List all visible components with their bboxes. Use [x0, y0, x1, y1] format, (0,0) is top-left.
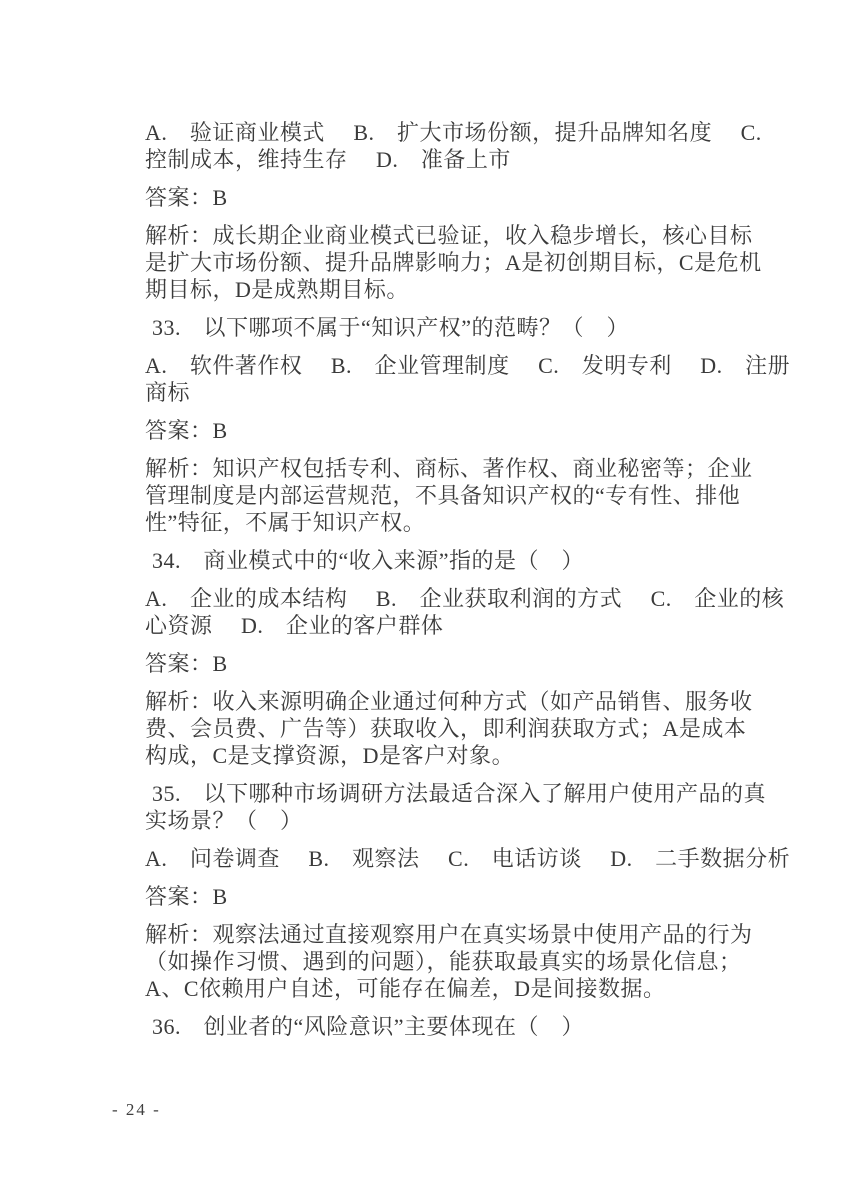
question-35-answer: 答案：B	[145, 883, 751, 910]
text-line: 是扩大市场份额、提升品牌影响力；A是初创期目标，C是危机	[145, 249, 751, 276]
text-line: （如操作习惯、遇到的问题），能获取最真实的场景化信息；	[145, 948, 751, 975]
question-title-line: 35. 以下哪种市场调研方法最适合深入了解用户使用产品的真	[145, 780, 751, 807]
question-35-title: 35. 以下哪种市场调研方法最适合深入了解用户使用产品的真 实场景？（ ）	[145, 780, 751, 834]
question-32-options: A. 验证商业模式 B. 扩大市场份额，提升品牌知名度 C. 控制成本，维持生存…	[145, 119, 751, 173]
text-line: 商标	[145, 379, 751, 406]
question-35-block: 35. 以下哪种市场调研方法最适合深入了解用户使用产品的真 实场景？（ ） A.…	[145, 780, 751, 1002]
text-line: A. 企业的成本结构 B. 企业获取利润的方式 C. 企业的核	[145, 585, 751, 612]
question-title-line: 实场景？（ ）	[145, 807, 751, 834]
question-35-options: A. 问卷调查 B. 观察法 C. 电话访谈 D. 二手数据分析	[145, 845, 751, 872]
question-33-analysis: 解析：知识产权包括专利、商标、著作权、商业秘密等；企业 管理制度是内部运营规范，…	[145, 455, 751, 536]
page-number: - 24 -	[112, 1100, 161, 1120]
question-title-line: 33. 以下哪项不属于“知识产权”的范畴？（ ）	[145, 314, 751, 341]
question-33-options: A. 软件著作权 B. 企业管理制度 C. 发明专利 D. 注册 商标	[145, 352, 751, 406]
question-36-title: 36. 创业者的“风险意识”主要体现在（ ）	[145, 1013, 751, 1040]
scanned-document-page: A. 验证商业模式 B. 扩大市场份额，提升品牌知名度 C. 控制成本，维持生存…	[0, 0, 848, 1200]
text-line: 费、会员费、广告等）获取收入，即利润获取方式；A是成本	[145, 715, 751, 742]
question-34-options: A. 企业的成本结构 B. 企业获取利润的方式 C. 企业的核 心资源 D. 企…	[145, 585, 751, 639]
question-34-analysis: 解析：收入来源明确企业通过何种方式（如产品销售、服务收 费、会员费、广告等）获取…	[145, 688, 751, 769]
text-line: 解析：成长期企业商业模式已验证，收入稳步增长，核心目标	[145, 222, 751, 249]
question-32-analysis: 解析：成长期企业商业模式已验证，收入稳步增长，核心目标 是扩大市场份额、提升品牌…	[145, 222, 751, 303]
question-33-answer: 答案：B	[145, 417, 751, 444]
text-line: 性”特征，不属于知识产权。	[145, 509, 751, 536]
text-line: 控制成本，维持生存 D. 准备上市	[145, 146, 751, 173]
question-33-title: 33. 以下哪项不属于“知识产权”的范畴？（ ）	[145, 314, 751, 341]
question-32-answer: 答案：B	[145, 184, 751, 211]
question-36-block: 36. 创业者的“风险意识”主要体现在（ ）	[145, 1013, 751, 1040]
answer-line: 答案：B	[145, 650, 751, 677]
question-34-block: 34. 商业模式中的“收入来源”指的是（ ） A. 企业的成本结构 B. 企业获…	[145, 547, 751, 769]
text-line: 解析：知识产权包括专利、商标、著作权、商业秘密等；企业	[145, 455, 751, 482]
question-title-line: 36. 创业者的“风险意识”主要体现在（ ）	[145, 1013, 751, 1040]
exam-answer-content: A. 验证商业模式 B. 扩大市场份额，提升品牌知名度 C. 控制成本，维持生存…	[145, 119, 751, 1051]
text-line: 解析：观察法通过直接观察用户在真实场景中使用产品的行为	[145, 921, 751, 948]
text-line: 心资源 D. 企业的客户群体	[145, 612, 751, 639]
question-35-analysis: 解析：观察法通过直接观察用户在真实场景中使用产品的行为 （如操作习惯、遇到的问题…	[145, 921, 751, 1002]
text-line: 管理制度是内部运营规范，不具备知识产权的“专有性、排他	[145, 482, 751, 509]
answer-line: 答案：B	[145, 184, 751, 211]
text-line: 期目标，D是成熟期目标。	[145, 276, 751, 303]
question-32-block: A. 验证商业模式 B. 扩大市场份额，提升品牌知名度 C. 控制成本，维持生存…	[145, 119, 751, 303]
question-33-block: 33. 以下哪项不属于“知识产权”的范畴？（ ） A. 软件著作权 B. 企业管…	[145, 314, 751, 536]
text-line: A、C依赖用户自述，可能存在偏差，D是间接数据。	[145, 975, 751, 1002]
question-34-title: 34. 商业模式中的“收入来源”指的是（ ）	[145, 547, 751, 574]
text-line: 解析：收入来源明确企业通过何种方式（如产品销售、服务收	[145, 688, 751, 715]
text-line: A. 验证商业模式 B. 扩大市场份额，提升品牌知名度 C.	[145, 119, 751, 146]
question-title-line: 34. 商业模式中的“收入来源”指的是（ ）	[145, 547, 751, 574]
answer-line: 答案：B	[145, 417, 751, 444]
text-line: 构成，C是支撑资源，D是客户对象。	[145, 742, 751, 769]
text-line: A. 问卷调查 B. 观察法 C. 电话访谈 D. 二手数据分析	[145, 845, 751, 872]
text-line: A. 软件著作权 B. 企业管理制度 C. 发明专利 D. 注册	[145, 352, 751, 379]
answer-line: 答案：B	[145, 883, 751, 910]
question-34-answer: 答案：B	[145, 650, 751, 677]
